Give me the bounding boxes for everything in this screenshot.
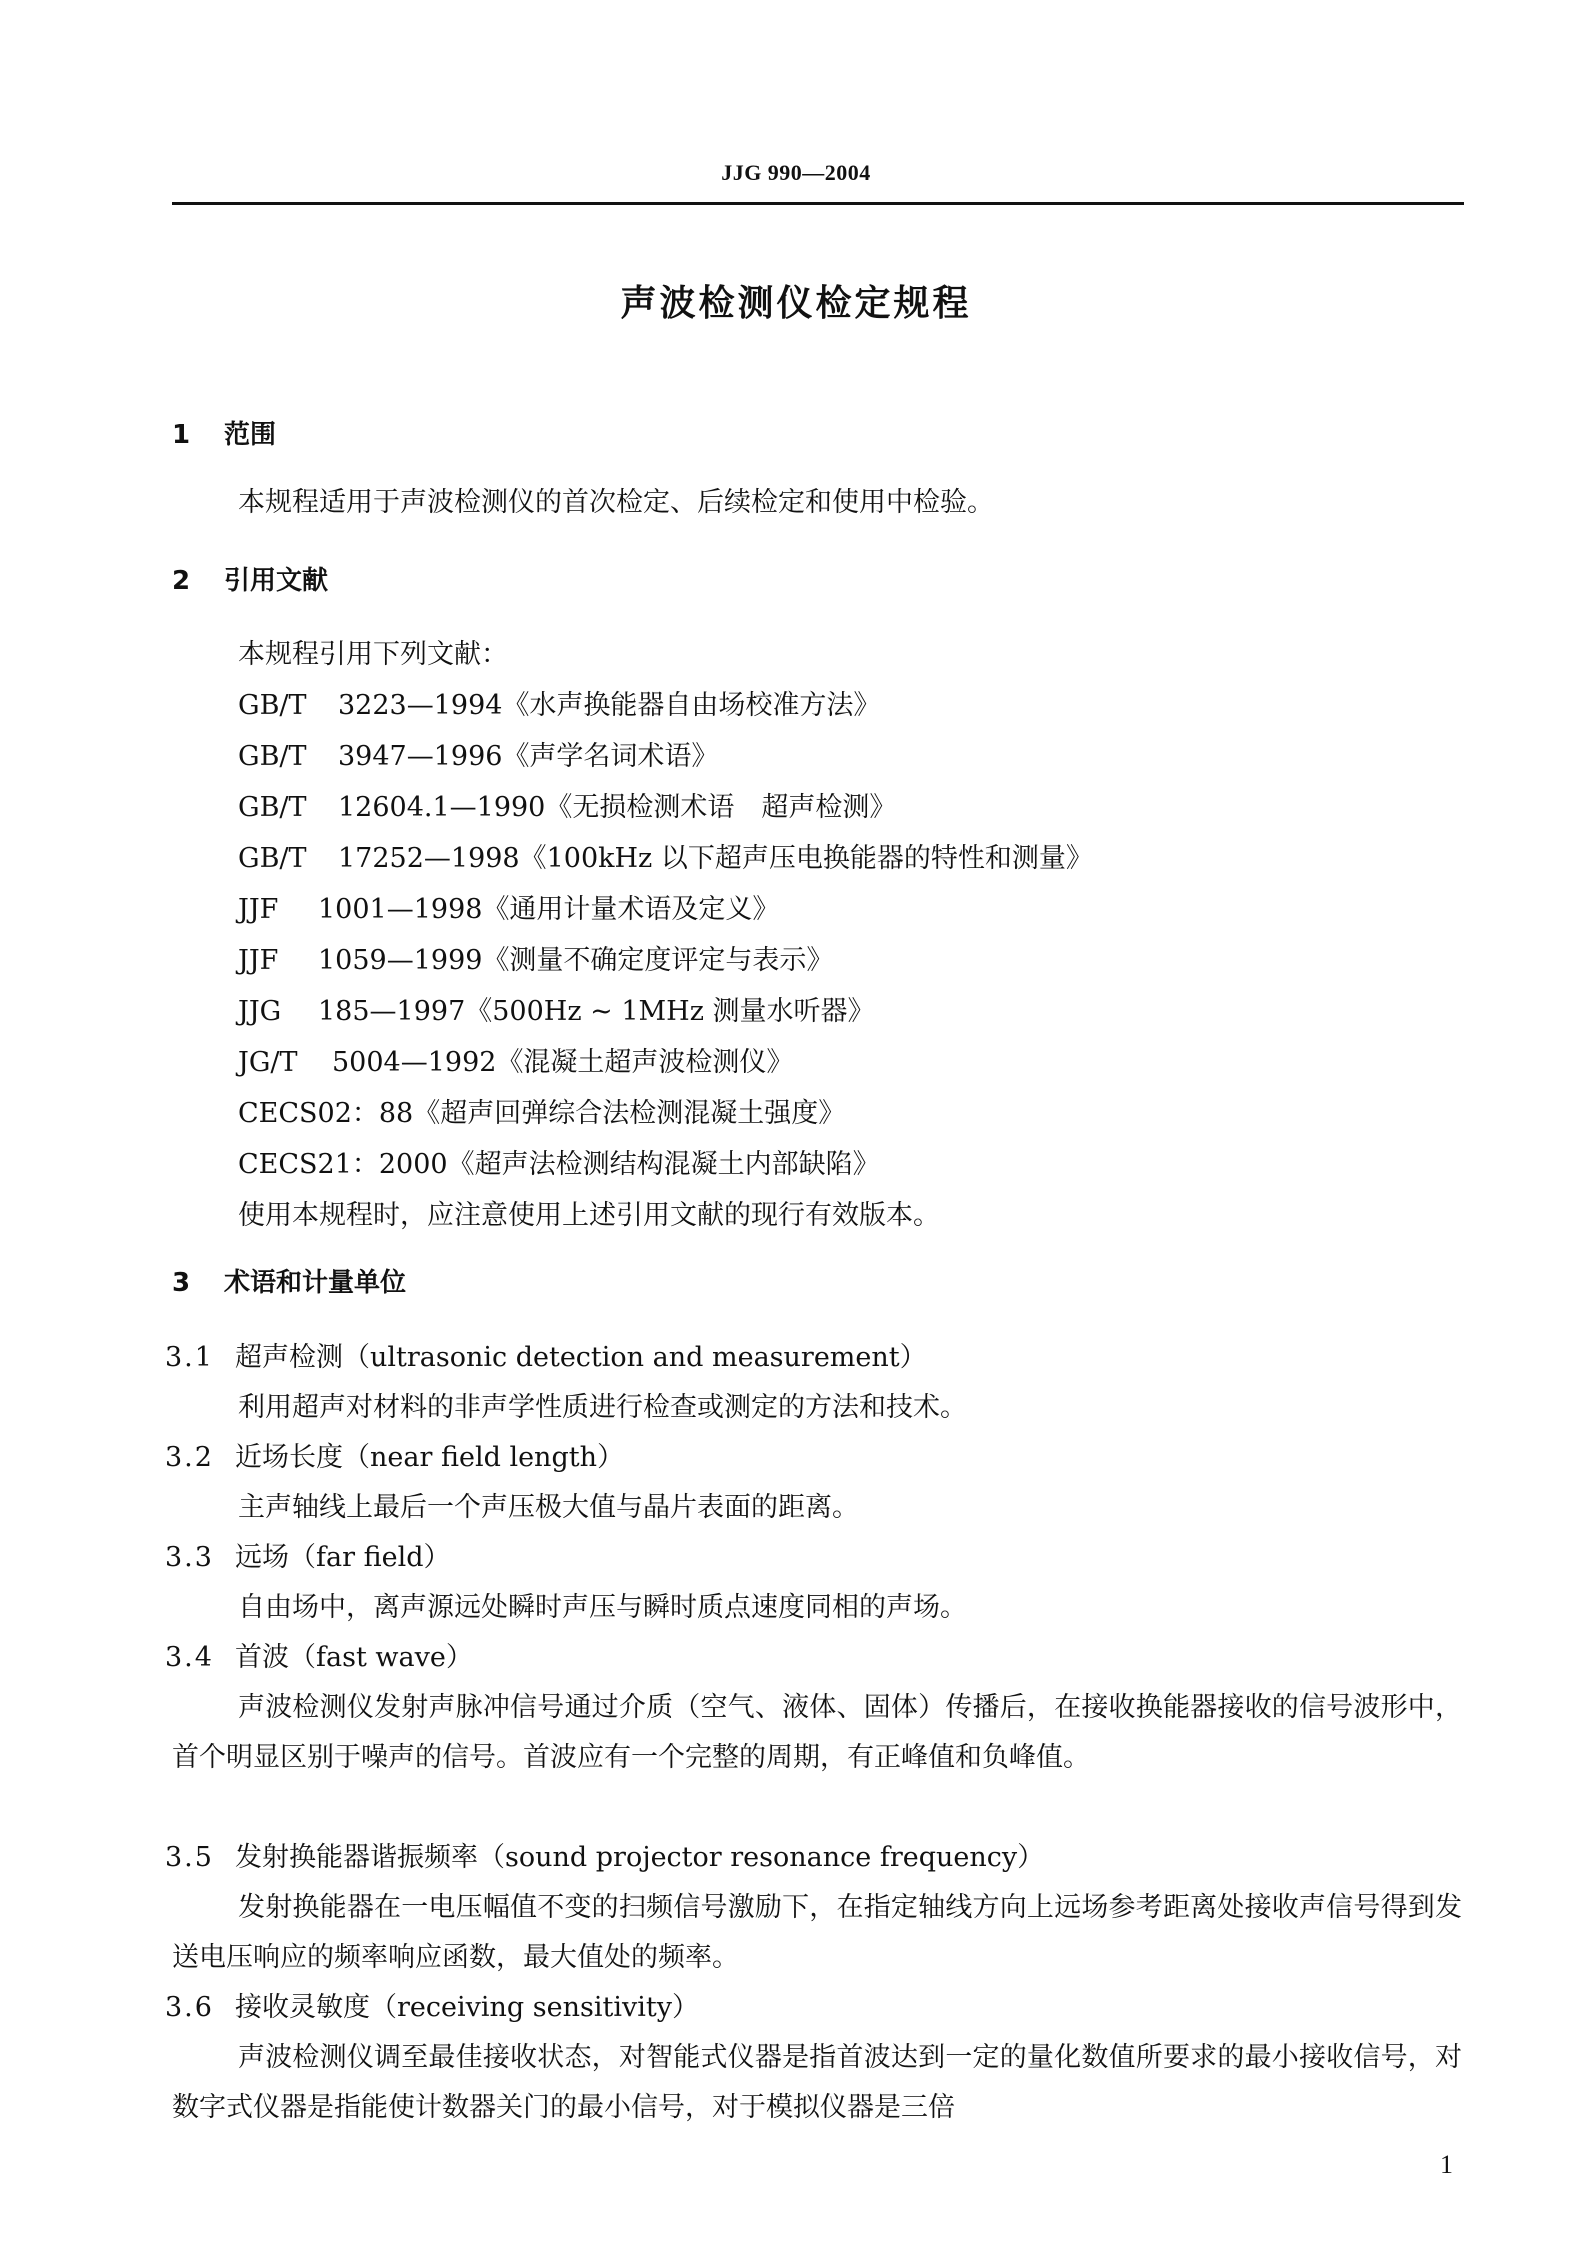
section-2-heading: 2引用文献 xyxy=(172,556,1462,606)
term-3-5: 3.5发射换能器谐振频率（sound projector resonance f… xyxy=(165,1833,1455,1883)
term-definition: 声波检测仪发射声脉冲信号通过介质（空气、液体、固体）传播后，在接收换能器接收的信… xyxy=(172,1683,1462,1783)
reference-item: GB/T17252—1998《100kHz 以下超声压电换能器的特性和测量》 xyxy=(172,834,1528,884)
reference-item: GB/T12604.1—1990《无损检测术语 超声检测》 xyxy=(172,783,1528,833)
section-1-body: 本规程适用于声波检测仪的首次检定、后续检定和使用中检验。 xyxy=(172,478,1528,528)
section-3-heading: 3术语和计量单位 xyxy=(172,1258,1462,1308)
reference-item: CECS02：88《超声回弹综合法检测混凝土强度》 xyxy=(172,1089,1528,1139)
term-definition: 声波检测仪调至最佳接收状态，对智能式仪器是指首波达到一定的量化数值所要求的最小接… xyxy=(172,2033,1462,2133)
document-title: 声波检测仪检定规程 xyxy=(0,275,1592,326)
term-3-4: 3.4首波（fast wave） xyxy=(165,1633,1455,1683)
reference-item: CECS21：2000《超声法检测结构混凝土内部缺陷》 xyxy=(172,1140,1528,1190)
term-definition: 主声轴线上最后一个声压极大值与晶片表面的距离。 xyxy=(172,1483,1528,1533)
term-definition: 发射换能器在一电压幅值不变的扫频信号激励下，在指定轴线方向上远场参考距离处接收声… xyxy=(172,1883,1462,1983)
header-rule xyxy=(172,202,1464,205)
section-title: 引用文献 xyxy=(224,566,328,596)
page-number: 1 xyxy=(1440,2150,1453,2180)
term-3-2: 3.2近场长度（near field length） xyxy=(165,1433,1455,1483)
reference-item: JJF1001—1998《通用计量术语及定义》 xyxy=(172,885,1528,935)
term-3-3: 3.3远场（far field） xyxy=(165,1533,1455,1583)
reference-item: GB/T3947—1996《声学名词术语》 xyxy=(172,732,1528,782)
term-3-6: 3.6接收灵敏度（receiving sensitivity） xyxy=(165,1983,1455,2033)
document-page: JJG 990—2004 声波检测仪检定规程 1范围 本规程适用于声波检测仪的首… xyxy=(0,0,1592,2250)
section-title: 范围 xyxy=(224,420,276,450)
section-title: 术语和计量单位 xyxy=(224,1268,406,1298)
references-note: 使用本规程时，应注意使用上述引用文献的现行有效版本。 xyxy=(172,1191,1528,1241)
term-definition: 自由场中，离声源远处瞬时声压与瞬时质点速度同相的声场。 xyxy=(172,1583,1528,1633)
section-number: 1 xyxy=(172,410,224,460)
section-1-heading: 1范围 xyxy=(172,410,1462,460)
reference-item: JJF1059—1999《测量不确定度评定与表示》 xyxy=(172,936,1528,986)
section-number: 2 xyxy=(172,556,224,606)
term-definition: 利用超声对材料的非声学性质进行检查或测定的方法和技术。 xyxy=(172,1383,1528,1433)
term-3-1: 3.1超声检测（ultrasonic detection and measure… xyxy=(165,1333,1455,1383)
reference-item: GB/T3223—1994《水声换能器自由场校准方法》 xyxy=(172,681,1528,731)
reference-item: JG/T5004—1992《混凝土超声波检测仪》 xyxy=(172,1038,1528,1088)
references-intro: 本规程引用下列文献： xyxy=(172,630,1528,680)
section-number: 3 xyxy=(172,1258,224,1308)
running-header: JJG 990—2004 xyxy=(0,160,1592,186)
reference-item: JJG185—1997《500Hz ~ 1MHz 测量水听器》 xyxy=(172,987,1528,1037)
